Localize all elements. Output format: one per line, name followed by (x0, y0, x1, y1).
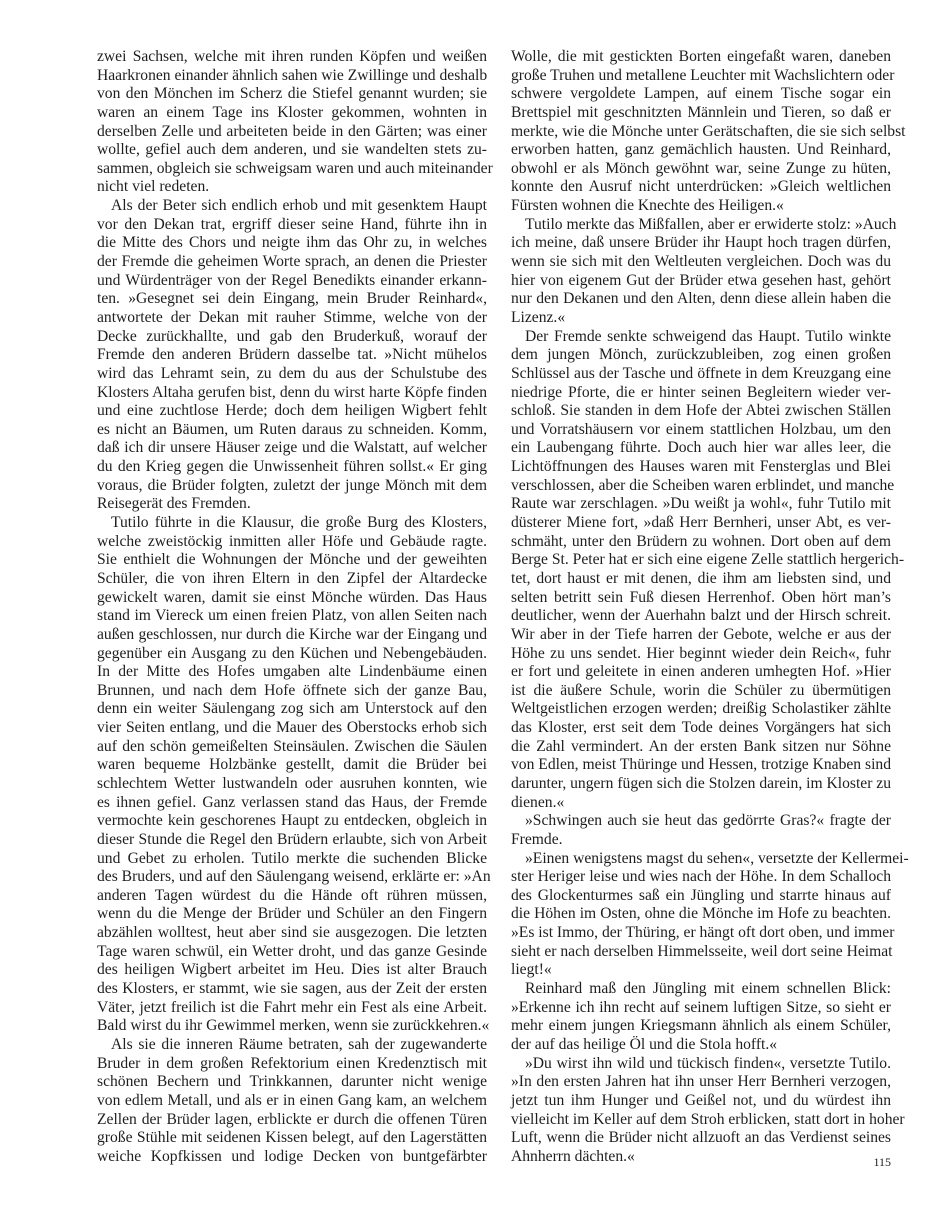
text-line: waren bequeme Holzbänke gestellt, damit … (97, 756, 487, 775)
paragraph-first-line: Als der Beter sich endlich erhob und mit… (97, 197, 487, 216)
text-line: des heiligen Wigbert arbeitet im Heu. Di… (97, 961, 487, 980)
text-line: wird das Lehramt sein, zu dem du aus der… (97, 365, 487, 384)
text-line: abzählen wolltest, heut aber sind sie au… (97, 924, 487, 943)
paragraph-first-line: Als sie die inneren Räume betraten, sah … (97, 1036, 487, 1055)
text-line: Ahnherrn dächten.« (511, 1148, 891, 1167)
text-line: antwortete der Dekan mit rauher Stimme, … (97, 309, 487, 328)
text-line: anderen Tagen würdest du die Hände oft r… (97, 887, 487, 906)
text-line: welche zweistöckig inmitten aller Höfe u… (97, 533, 487, 552)
text-line: In der Mitte des Hofes umgaben alte Lind… (97, 663, 487, 682)
text-line: selten betritt sein Fuß diesen Herrenhof… (511, 589, 891, 608)
text-line: es ihnen gefiel. Ganz verlassen stand da… (97, 794, 487, 813)
text-line: des Glockenturmes saß ein Jüngling und s… (511, 887, 891, 906)
text-line: Väter, jetzt freilich ist die Fahrt mehr… (97, 999, 487, 1018)
text-line: erworben hatten, ganz gemächlich hausten… (511, 141, 891, 160)
text-line: Decke zurückhallte, und gab den Bruderku… (97, 328, 487, 347)
text-line: Lichtöffnungen des Hauses waren mit Fens… (511, 458, 891, 477)
text-line: nur den Dekanen und den Alten, denn dies… (511, 290, 891, 309)
text-line: »Erkenne ich ihn recht auf seinem luftig… (511, 999, 891, 1018)
text-line: es nicht an Bäumen, um Ruten daraus zu s… (97, 421, 487, 440)
text-line: Lizenz.« (511, 309, 891, 328)
text-line: Haarkronen einander ähnlich sahen wie Zw… (97, 67, 487, 86)
text-line: gewickelt waren, damit sie einst Mönche … (97, 589, 487, 608)
text-line: die Höhen im Osten, ohne die Mönche im H… (511, 905, 891, 924)
text-line: sieht er nach derselben Himmelsseite, we… (511, 943, 891, 962)
text-line: das Kloster, erst seit dem Tode deines V… (511, 719, 891, 738)
text-line: merkte, wie die Mönche unter Gerätschaft… (511, 123, 891, 142)
text-line: und eine zuchtlose Herde; doch dem heili… (97, 402, 487, 421)
text-line: schönen Bechern und Trinkkannen, darunte… (97, 1073, 487, 1092)
text-line: schloß. Sie standen in dem Hofe der Abte… (511, 402, 891, 421)
text-line: denn ein weiter Säulengang zog sich am U… (97, 700, 487, 719)
text-line: obwohl er als Mönch gewöhnt war, seine Z… (511, 160, 891, 179)
paragraph-first-line: Reinhard maß den Jüngling mit einem schn… (511, 980, 891, 999)
text-line: ten. »Gesegnet sei dein Eingang, mein Br… (97, 290, 487, 309)
text-line: der auf das heilige Öl und die Stola hof… (511, 1036, 891, 1055)
text-line: deutlicher, wenn der Auerhahn balzt und … (511, 607, 891, 626)
text-line: ster Heriger leise und wies nach der Höh… (511, 868, 891, 887)
paragraph-first-line: Tutilo merkte das Mißfallen, aber er erw… (511, 216, 891, 235)
text-line: auf den schön gemeißelten Steinsäulen. Z… (97, 738, 487, 757)
text-line: er fort und geleitete in einen anderen u… (511, 663, 891, 682)
paragraph-first-line: »Schwingen auch sie heut das gedörrte Gr… (511, 812, 891, 831)
text-line: Zellen der Brüder lagen, erblickte er du… (97, 1111, 487, 1130)
text-line: Reisegerät des Fremden. (97, 495, 487, 514)
text-line: zwei Sachsen, welche mit ihren runden Kö… (97, 48, 487, 67)
text-line: schlechtem Wetter lustwandeln oder ausru… (97, 775, 487, 794)
text-column-left: zwei Sachsen, welche mit ihren runden Kö… (97, 48, 487, 1166)
text-line: Berge St. Peter hat er sich eine eigene … (511, 551, 891, 570)
text-line: des Bruders, und auf den Säulengang weis… (97, 868, 487, 887)
text-line: außen geschlossen, nur durch die Kirche … (97, 626, 487, 645)
text-line: wenn sie sich mit den Weltleuten verglei… (511, 253, 891, 272)
text-column-right: Wolle, die mit gestickten Borten eingefa… (511, 48, 891, 1166)
text-line: die Zahl vermindert. An der ersten Bank … (511, 738, 891, 757)
page-number: 115 (860, 1155, 891, 1170)
text-line: nicht viel redeten. (97, 178, 487, 197)
text-line: Klosters Altaha gerufen bist, denn du wi… (97, 384, 487, 403)
text-line: Luft, wenn die Brüder nicht allzuoft an … (511, 1129, 891, 1148)
text-line: sammen, obgleich sie schweigsam waren un… (97, 160, 487, 179)
text-line: Bruder in dem großen Refektorium einen K… (97, 1055, 487, 1074)
text-line: gegenüber ein Ausgang zu den Küchen und … (97, 645, 487, 664)
text-line: dienen.« (511, 794, 891, 813)
text-line: von edlem Metall, und als er in einen Ga… (97, 1092, 487, 1111)
text-line: Schüler, die von ihren Eltern in den Zip… (97, 570, 487, 589)
text-line: Höhe zu uns sendet. Hier beginnt wieder … (511, 645, 891, 664)
text-line: große Stühle mit seidenen Kissen belegt,… (97, 1129, 487, 1148)
text-line: daß ich dir unsere Häuser zeige und die … (97, 439, 487, 458)
text-line: Schlüssel aus der Tasche und öffnete in … (511, 365, 891, 384)
paragraph-first-line: Tutilo führte in die Klausur, die große … (97, 514, 487, 533)
text-line: von Edlen, meist Thüringe und Hessen, tr… (511, 756, 891, 775)
text-line: »In den ersten Jahren hat ihn unser Herr… (511, 1073, 891, 1092)
text-line: und Vorratshäusern vor einem stattlichen… (511, 421, 891, 440)
text-line: von den Mönchen im Scherz die Stiefel ge… (97, 85, 487, 104)
text-line: voraus, die Brüder folgten, zuletzt der … (97, 477, 487, 496)
text-line: schwere vergoldete Lampen, auf einem Tis… (511, 85, 891, 104)
text-line: dem jungen Mönch, zurückzubleiben, zog e… (511, 346, 891, 365)
text-line: große Truhen und metallene Leuchter mit … (511, 67, 891, 86)
text-line: vier Seiten entlang, und die Mauer des O… (97, 719, 487, 738)
text-line: Raute war zerschlagen. »Du weißt ja wohl… (511, 495, 891, 514)
text-line: ein Laubengang führte. Doch auch hier wa… (511, 439, 891, 458)
text-line: ist die äußere Schule, worin die Schüler… (511, 682, 891, 701)
text-line: verschlossen, aber die Scheiben waren er… (511, 477, 891, 496)
paragraph-first-line: Der Fremde senkte schweigend das Haupt. … (511, 328, 891, 347)
text-line: Fremde. (511, 831, 891, 850)
text-line: stand im Viereck um einen freien Platz, … (97, 607, 487, 626)
text-line: weiche Kopfkissen und lodige Decken von … (97, 1148, 487, 1167)
text-line: und Würdenträger von der Regel Benedikts… (97, 272, 487, 291)
text-line: liegt!« (511, 961, 891, 980)
text-line: der Fremde die geheimen Worte sprach, an… (97, 253, 487, 272)
text-line: niedrige Pforte, die er hinter seinen Be… (511, 384, 891, 403)
text-line: Weltgeistlichen erzogen werden; dreißig … (511, 700, 891, 719)
text-line: tet, dort haust er mit denen, die ihm am… (511, 570, 891, 589)
text-line: Brunnen, und nach dem Hofe öffnete sich … (97, 682, 487, 701)
text-line: dieser Stunde die Regel den Brüdern erla… (97, 831, 487, 850)
text-line: ich meine, daß unsere Brüder ihr Haupt h… (511, 234, 891, 253)
text-line: derselben Zelle und arbeiteten beide in … (97, 123, 487, 142)
text-line: mehr einem jungen Kriegsmann ähnlich als… (511, 1017, 891, 1036)
text-line: Sie enthielt die Wohnungen der Mönche un… (97, 551, 487, 570)
book-page: zwei Sachsen, welche mit ihren runden Kö… (0, 0, 935, 1210)
text-line: Bald wirst du ihr Gewimmel merken, wenn … (97, 1017, 487, 1036)
text-line: wollte, gefiel auch dem anderen, und sie… (97, 141, 487, 160)
text-line: wenn du die Menge der Brüder und Schüler… (97, 905, 487, 924)
text-line: darunter, ungern fügen sich die Stolzen … (511, 775, 891, 794)
text-line: und Gebet zu erholen. Tutilo merkte die … (97, 850, 487, 869)
text-line: du den Krieg gegen die Unwissenheit führ… (97, 458, 487, 477)
paragraph-first-line: »Du wirst ihn wild und tückisch finden«,… (511, 1055, 891, 1074)
text-line: düsterer Miene fort, »daß Herr Bernheri,… (511, 514, 891, 533)
text-line: schmäht, unter den Brüdern zu wohnen. Do… (511, 533, 891, 552)
text-line: Tage waren schwül, ein Wetter droht, und… (97, 943, 487, 962)
text-line: die Mitte des Chors und neigte ihm das O… (97, 234, 487, 253)
text-line: konnte den Ausruf nicht unterdrücken: »G… (511, 178, 891, 197)
text-line: »Es ist Immo, der Thüring, er hängt oft … (511, 924, 891, 943)
text-line: vielleicht im Keller auf dem Stroh erbli… (511, 1111, 891, 1130)
text-line: Wir aber in der Tiefe harren der Gebote,… (511, 626, 891, 645)
text-line: Brettspiel mit geschnitzten Männlein und… (511, 104, 891, 123)
text-line: hier von eigenem Gut der Brüder etwa ges… (511, 272, 891, 291)
text-line: des Klosters, er stammt, wie sie sagen, … (97, 980, 487, 999)
text-line: waren an einem Tage ins Kloster gekommen… (97, 104, 487, 123)
text-line: Fürsten wohnen die Knechte des Heiligen.… (511, 197, 891, 216)
paragraph-first-line: »Einen wenigstens magst du sehen«, verse… (511, 850, 891, 869)
text-line: vor den Dekan trat, ergriff dieser seine… (97, 216, 487, 235)
text-line: Wolle, die mit gestickten Borten eingefa… (511, 48, 891, 67)
text-line: jetzt tun ihm Hunger und Geißel not, und… (511, 1092, 891, 1111)
text-line: Fremde den anderen Brüdern dasselbe tat.… (97, 346, 487, 365)
text-line: vermochte kein geschorenes Haupt zu entd… (97, 812, 487, 831)
